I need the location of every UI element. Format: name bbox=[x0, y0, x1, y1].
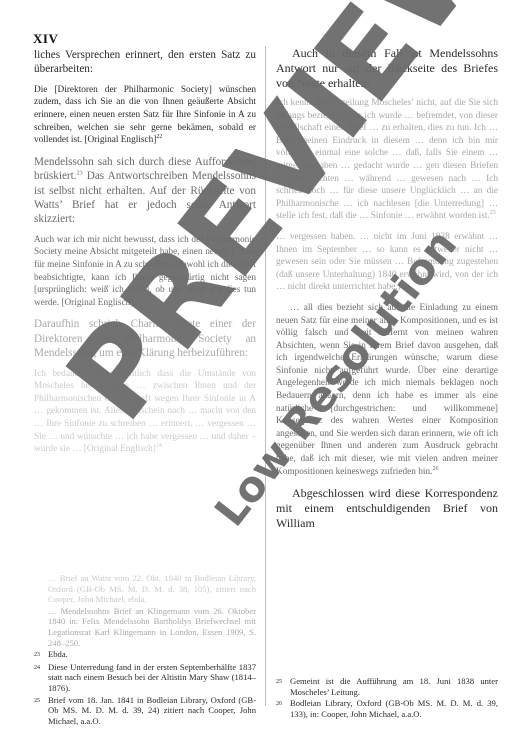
right-column: Auch in diesem Fall ist Mendelssohns Ant… bbox=[276, 46, 498, 537]
left-quote-2: Auch war ich mir nicht bewusst, dass ich… bbox=[34, 234, 256, 310]
footnote-item: 24 Diese Unterredung fand in der ersten … bbox=[34, 662, 256, 694]
left-column: liches Versprechen erinnert, den ersten … bbox=[34, 48, 256, 464]
left-paragraph-2: Mendelssohn sah sich durch diese Aufford… bbox=[34, 155, 256, 227]
left-quote-3-text: Ich bedauere außerordentlich dass die Um… bbox=[34, 369, 256, 455]
footnote-ref-25: 25 bbox=[490, 210, 496, 216]
left-quote-3: Ich bedauere außerordentlich dass die Um… bbox=[34, 368, 256, 456]
footnote-text: … Mendelssohns Brief an Klingemann vom 2… bbox=[48, 606, 256, 648]
right-quote-2: … vergessen haben. … nicht im Juni 1838 … bbox=[276, 231, 498, 294]
left-quote-1-text: Die [Direktoren der Philharmonic Society… bbox=[34, 85, 256, 145]
footnote-text: Gemeint ist die Aufführung am 18. Juni 1… bbox=[290, 676, 498, 697]
page-number: XIV bbox=[33, 31, 58, 47]
document-page: XIV liches Versprechen erinnert, den ers… bbox=[0, 0, 530, 750]
footnote-item: … Mendelssohns Brief an Klingemann vom 2… bbox=[34, 606, 256, 648]
footnote-ref-26: 26 bbox=[432, 466, 438, 472]
footnote-number: 25 bbox=[34, 695, 48, 727]
column-divider bbox=[265, 46, 266, 706]
footnote-text: Brief vom 18. Jan. 1841 in Bodleian Libr… bbox=[48, 695, 256, 727]
footnote-number bbox=[34, 573, 48, 605]
left-paragraph-3: Daraufhin schrieb Charles Neate einer de… bbox=[34, 317, 256, 360]
right-footnotes: 25 Gemeint ist die Aufführung am 18. Jun… bbox=[276, 676, 498, 720]
right-quote-3: … all dies bezieht sich auf die Einladun… bbox=[276, 302, 498, 478]
left-footnotes: … Brief an Watts vom 22. Okt. 1840 in Bo… bbox=[34, 573, 256, 727]
footnote-text: Diese Unterredung fand in der ersten Sep… bbox=[48, 662, 256, 694]
right-paragraph-1: Auch in diesem Fall ist Mendelssohns Ant… bbox=[276, 46, 498, 91]
right-quote-1-text: Ich kenne die Mitteilung Moscheles’ nich… bbox=[276, 98, 498, 221]
footnote-item: … Brief an Watts vom 22. Okt. 1840 in Bo… bbox=[34, 573, 256, 605]
footnote-number bbox=[34, 606, 48, 648]
footnote-number: 25 bbox=[276, 676, 290, 697]
footnote-text: … Brief an Watts vom 22. Okt. 1840 in Bo… bbox=[48, 573, 256, 605]
footnote-item: 23 Ebda. bbox=[34, 649, 256, 661]
footnote-item: 26 Bodleian Library, Oxford (GB-Ob MS. M… bbox=[276, 698, 498, 719]
footnote-ref-22: 22 bbox=[156, 134, 162, 140]
right-paragraph-2: Abgeschlossen wird diese Korrespondenz m… bbox=[276, 486, 498, 531]
footnote-number: 24 bbox=[34, 662, 48, 694]
right-quote-1: Ich kenne die Mitteilung Moscheles’ nich… bbox=[276, 97, 498, 223]
footnote-text: Bodleian Library, Oxford (GB-Ob MS. M. D… bbox=[290, 698, 498, 719]
footnote-text: Ebda. bbox=[48, 649, 256, 661]
left-paragraph-1: liches Versprechen erinnert, den ersten … bbox=[34, 48, 256, 77]
footnote-item: 25 Brief vom 18. Jan. 1841 in Bodleian L… bbox=[34, 695, 256, 727]
left-quote-1: Die [Direktoren der Philharmonic Society… bbox=[34, 84, 256, 147]
footnote-number: 23 bbox=[34, 649, 48, 661]
right-quote-3-text: … all dies bezieht sich auf die Einladun… bbox=[276, 303, 498, 477]
footnote-number: 26 bbox=[276, 698, 290, 719]
footnote-item: 25 Gemeint ist die Aufführung am 18. Jun… bbox=[276, 676, 498, 697]
footnote-ref-24: 24 bbox=[156, 443, 162, 449]
